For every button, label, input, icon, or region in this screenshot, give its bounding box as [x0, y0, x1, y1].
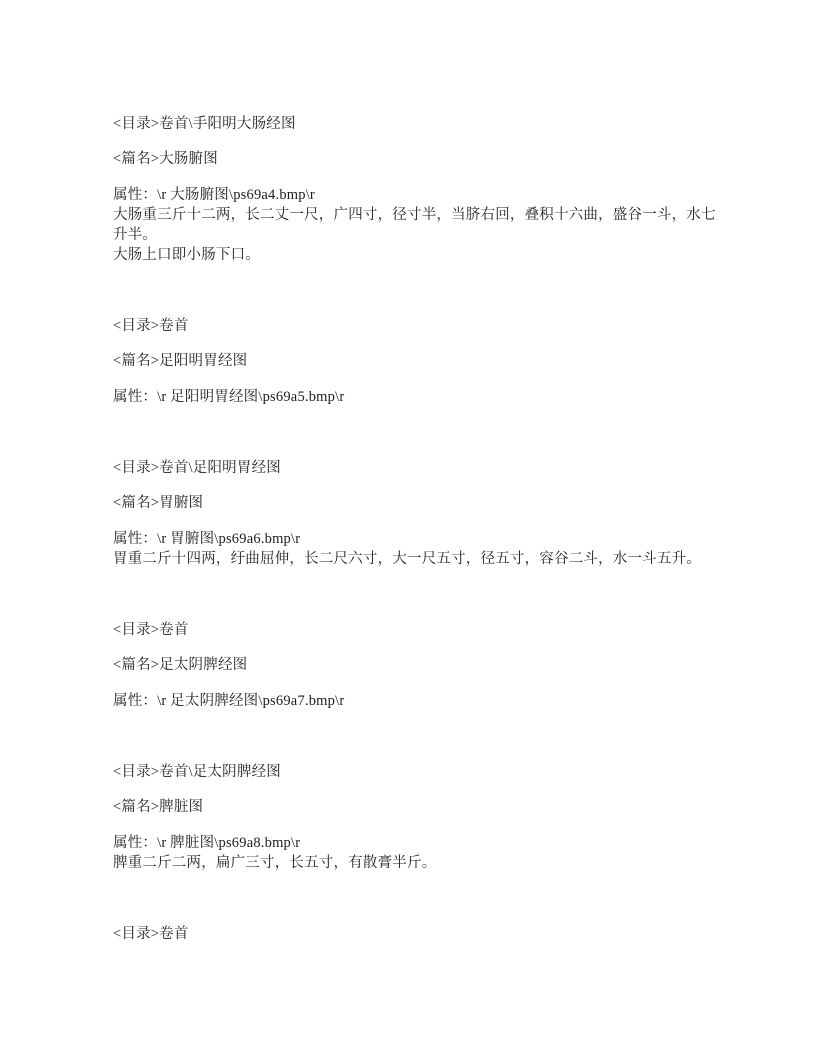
body-line: 大肠重三斤十二两，长二丈一尺，广四寸，径寸半，当脐右回，叠积十六曲，盛谷一斗，水…	[113, 205, 716, 225]
attr-line: 属性：\r 大肠腑图\ps69a4.bmp\r	[113, 185, 716, 205]
title-line: <篇名>脾脏图	[113, 797, 716, 817]
toc-line: <目录>卷首	[113, 924, 716, 944]
document-page: <目录>卷首\手阳明大肠经图 <篇名>大肠腑图 属性：\r 大肠腑图\ps69a…	[0, 0, 816, 1056]
body-line: 胃重二斤十四两，纡曲屈伸，长二尺六寸，大一尺五寸，径五寸，容谷二斗，水一斗五升。	[113, 549, 716, 569]
title-line: <篇名>足太阴脾经图	[113, 655, 716, 675]
title-line: <篇名>大肠腑图	[113, 149, 716, 169]
section-dachang-futu: <目录>卷首\手阳明大肠经图 <篇名>大肠腑图 属性：\r 大肠腑图\ps69a…	[113, 114, 716, 265]
body-line: 大肠上口即小肠下口。	[113, 245, 716, 265]
body-line: 升半。	[113, 225, 716, 245]
title-line: <篇名>胃腑图	[113, 493, 716, 513]
toc-line: <目录>卷首\足阳明胃经图	[113, 458, 716, 478]
toc-line: <目录>卷首	[113, 620, 716, 640]
section-wei-futu: <目录>卷首\足阳明胃经图 <篇名>胃腑图 属性：\r 胃腑图\ps69a6.b…	[113, 458, 716, 569]
section-pi-zangtu: <目录>卷首\足太阴脾经图 <篇名>脾脏图 属性：\r 脾脏图\ps69a8.b…	[113, 762, 716, 873]
section-trailing-toc: <目录>卷首	[113, 924, 716, 944]
attr-line: 属性：\r 脾脏图\ps69a8.bmp\r	[113, 833, 716, 853]
attr-line: 属性：\r 足阳明胃经图\ps69a5.bmp\r	[113, 387, 716, 407]
title-line: <篇名>足阳明胃经图	[113, 351, 716, 371]
attr-line: 属性：\r 胃腑图\ps69a6.bmp\r	[113, 529, 716, 549]
attr-line: 属性：\r 足太阴脾经图\ps69a7.bmp\r	[113, 691, 716, 711]
toc-line: <目录>卷首	[113, 316, 716, 336]
body-line: 脾重二斤二两，扁广三寸，长五寸，有散膏半斤。	[113, 853, 716, 873]
section-zutaiyin-pijingtu: <目录>卷首 <篇名>足太阴脾经图 属性：\r 足太阴脾经图\ps69a7.bm…	[113, 620, 716, 711]
toc-line: <目录>卷首\手阳明大肠经图	[113, 114, 716, 134]
section-zuyangming-weijingtu: <目录>卷首 <篇名>足阳明胃经图 属性：\r 足阳明胃经图\ps69a5.bm…	[113, 316, 716, 407]
toc-line: <目录>卷首\足太阴脾经图	[113, 762, 716, 782]
